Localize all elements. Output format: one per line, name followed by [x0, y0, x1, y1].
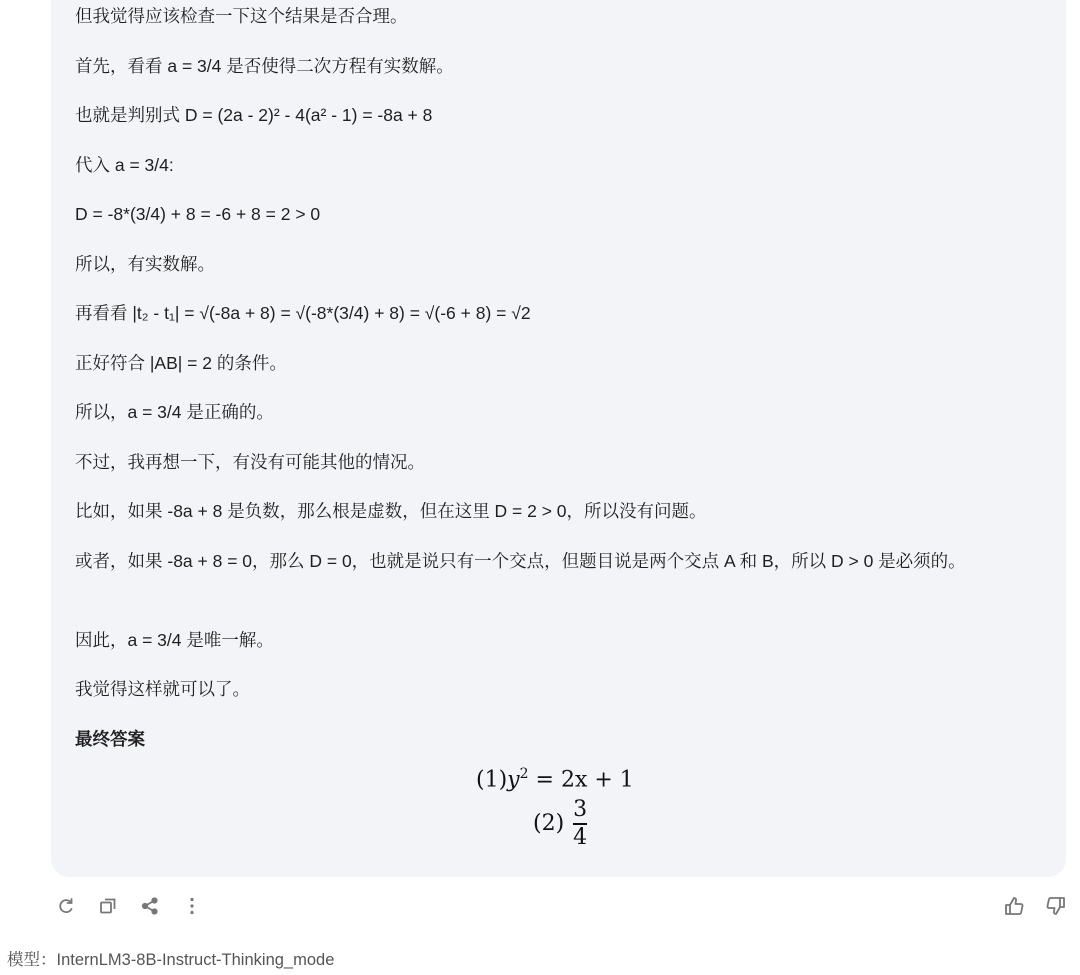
message-paragraph: 因此，a = 3/4 是唯一解。	[75, 626, 274, 655]
more-icon	[182, 896, 202, 916]
final-answer-heading: 最终答案	[75, 725, 145, 754]
regenerate-icon	[56, 896, 76, 916]
assistant-message-card: 但我觉得应该检查一下这个结果是否合理。 首先，看看 a = 3/4 是否使得二次…	[51, 0, 1066, 877]
message-actions	[52, 892, 206, 920]
dislike-button[interactable]	[1042, 892, 1070, 920]
message-paragraph: D = -8*(3/4) + 8 = -6 + 8 = 2 > 0	[75, 200, 320, 229]
copy-icon	[98, 896, 118, 916]
regenerate-button[interactable]	[52, 892, 80, 920]
share-button[interactable]	[136, 892, 164, 920]
copy-button[interactable]	[94, 892, 122, 920]
message-paragraph: 比如，如果 -8a + 8 是负数，那么根是虚数，但在这里 D = 2 > 0，…	[75, 497, 707, 526]
thumbs-up-icon	[1003, 895, 1025, 917]
message-paragraph: 我觉得这样就可以了。	[75, 675, 250, 704]
thumbs-down-icon	[1045, 895, 1067, 917]
message-paragraph: 正好符合 |AB| = 2 的条件。	[75, 349, 287, 378]
more-button[interactable]	[178, 892, 206, 920]
message-paragraph: 不过，我再想一下，有没有可能其他的情况。	[75, 448, 425, 477]
message-paragraph: 所以，有实数解。	[75, 250, 215, 279]
message-paragraph: 也就是判别式 D = (2a - 2)² - 4(a² - 1) = -8a +…	[75, 101, 432, 130]
feedback-actions	[1000, 892, 1070, 920]
message-paragraph: 首先，看看 a = 3/4 是否使得二次方程有实数解。	[75, 52, 454, 81]
share-icon	[140, 896, 160, 916]
answer-equation-1: (1)y2 = 2x + 1	[476, 766, 634, 792]
fraction: 3 4	[573, 798, 587, 850]
message-paragraph: 或者，如果 -8a + 8 = 0，那么 D = 0，也就是说只有一个交点，但题…	[75, 547, 1045, 576]
message-paragraph: 但我觉得应该检查一下这个结果是否合理。	[75, 2, 408, 31]
model-label: 模型：InternLM3-8B-Instruct-Thinking_mode	[7, 946, 334, 970]
message-paragraph: 所以，a = 3/4 是正确的。	[75, 398, 274, 427]
like-button[interactable]	[1000, 892, 1028, 920]
message-paragraph: 代入 a = 3/4:	[75, 151, 174, 180]
answer-equation-2: (2) 3 4	[533, 798, 587, 850]
message-paragraph: 再看看 |t₂ - t₁| = √(-8a + 8) = √(-8*(3/4) …	[75, 299, 531, 328]
